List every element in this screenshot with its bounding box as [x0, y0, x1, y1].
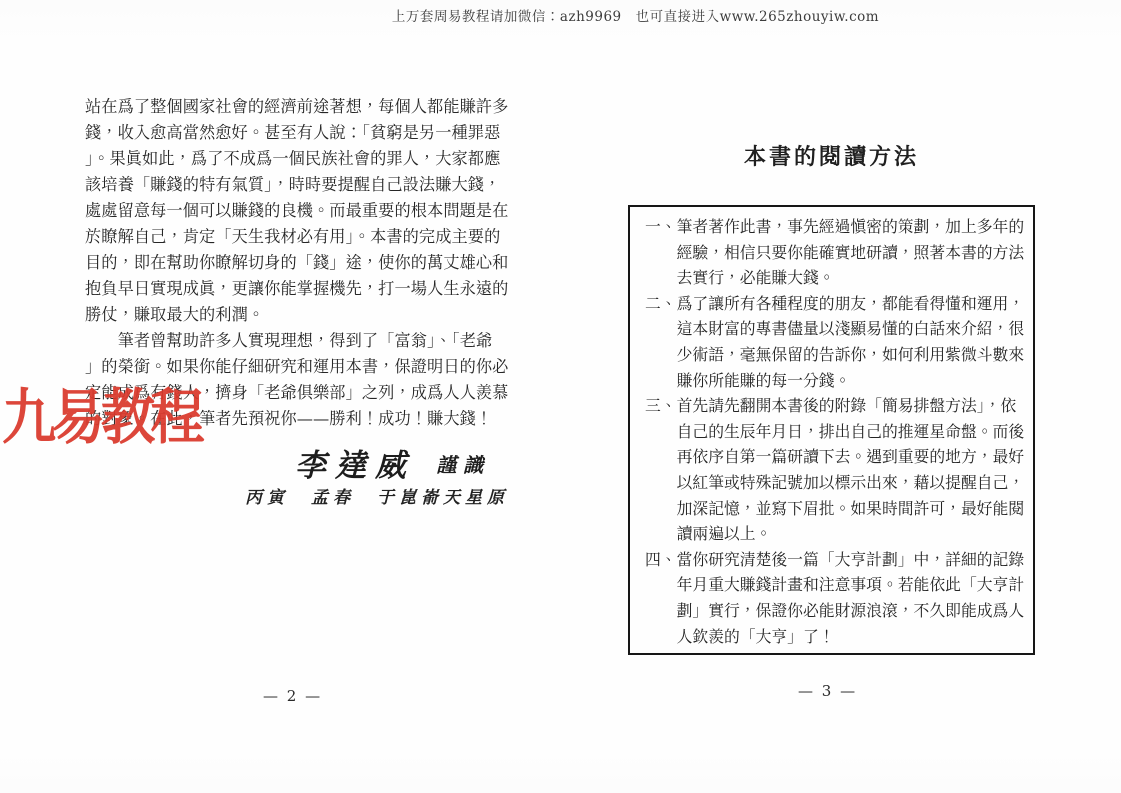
- item-number: 四、: [645, 547, 677, 573]
- site-watermark: 九易教程: [2, 370, 200, 456]
- item-line: 劃」實行，保證你必能財源浪滾，不久即能成爲人: [645, 598, 1027, 624]
- item-number: 二、: [645, 291, 677, 317]
- text-line: 勝仗，賺取最大的利潤。: [85, 302, 513, 328]
- signature-dateline: 丙寅 孟春 于崑嵛天星原: [245, 483, 509, 508]
- text-line: 目的，即在幫助你瞭解切身的「錢」途，使你的萬丈雄心和: [85, 250, 513, 276]
- item-number: 三、: [645, 393, 677, 419]
- promo-header-text: 上万套周易教程请加微信：azh9969 也可直接进入www.265zhouyiw…: [150, 5, 1121, 25]
- item-line: 去實行，必能賺大錢。: [645, 265, 1027, 291]
- page-number-left: — 2 —: [263, 687, 322, 705]
- text-line: 」。果眞如此，爲了不成爲一個民族社會的罪人，大家都應: [85, 146, 513, 172]
- text-line: 該培養「賺錢的特有氣質」，時時要提醒自己設法賺大錢，: [85, 172, 513, 198]
- reading-method-box: 一、筆者著作此書，事先經過愼密的策劃，加上多年的經驗，相信只要你能確實地研讀，照…: [628, 205, 1035, 655]
- text-line: 錢，收入愈高當然愈好。甚至有人說：「貧窮是另一種罪惡: [85, 120, 513, 146]
- item-text: 筆者著作此書，事先經過愼密的策劃，加上多年的: [677, 217, 1025, 236]
- signature-row: 李達威 謹識: [295, 440, 490, 485]
- item-line: 人欽羨的「大亨」了！: [645, 624, 1027, 650]
- text-line: 站在爲了整個國家社會的經濟前途著想，每個人都能賺許多: [85, 94, 513, 120]
- page-number-right: — 3 —: [798, 682, 857, 700]
- item-first-line: 三、首先請先翻開本書後的附錄「簡易排盤方法」，依: [645, 393, 1027, 419]
- item-line: 再依序自第一篇研讀下去。遇到重要的地方，最好: [645, 444, 1027, 470]
- item-line: 經驗，相信只要你能確實地研讀，照著本書的方法: [645, 240, 1027, 266]
- text-line: 筆者曾幫助許多人實現理想，得到了「富翁」、「老爺: [85, 328, 513, 354]
- item-line: 年月重大賺錢計畫和注意事項。若能依此「大亨計: [645, 572, 1027, 598]
- item-text: 當你研究清楚後一篇「大亨計劃」中，詳細的記錄: [677, 550, 1025, 569]
- author-signature: 李達威: [295, 448, 415, 484]
- item-line: 賺你所能賺的每一分錢。: [645, 368, 1027, 394]
- item-line: 少術語，毫無保留的告訴你，如何利用紫微斗數來: [645, 342, 1027, 368]
- item-line: 加深記憶，並寫下眉批。如果時間許可，最好能閱: [645, 496, 1027, 522]
- item-first-line: 四、當你研究清楚後一篇「大亨計劃」中，詳細的記錄: [645, 547, 1027, 573]
- item-text: 首先請先翻開本書後的附錄「簡易排盤方法」，依: [677, 396, 1017, 415]
- text-line: 於瞭解自己，肯定「天生我材必有用」。本書的完成主要的: [85, 224, 513, 250]
- text-line: 處處留意每一個可以賺錢的良機。而最重要的根本問題是在: [85, 198, 513, 224]
- item-line: 讀兩遍以上。: [645, 521, 1027, 547]
- item-first-line: 一、筆者著作此書，事先經過愼密的策劃，加上多年的: [645, 214, 1027, 240]
- item-line: 自己的生辰年月日，排出自己的推運星命盤。而後: [645, 419, 1027, 445]
- signature-honorific: 謹識: [436, 453, 490, 477]
- item-first-line: 二、爲了讓所有各種程度的朋友，都能看得懂和運用，: [645, 291, 1027, 317]
- item-number: 一、: [645, 214, 677, 240]
- item-line: 這本財富的專書儘量以淺顯易懂的白話來介紹，很: [645, 316, 1027, 342]
- chapter-title: 本書的閱讀方法: [628, 140, 1035, 171]
- text-line: 抱負早日實現成眞，更讓你能掌握機先，打一場人生永遠的: [85, 276, 513, 302]
- reading-method-list: 一、筆者著作此書，事先經過愼密的策劃，加上多年的經驗，相信只要你能確實地研讀，照…: [645, 214, 1027, 649]
- item-text: 爲了讓所有各種程度的朋友，都能看得懂和運用，: [677, 294, 1025, 313]
- item-line: 以紅筆或特殊記號加以標示出來，藉以提醒自己，: [645, 470, 1027, 496]
